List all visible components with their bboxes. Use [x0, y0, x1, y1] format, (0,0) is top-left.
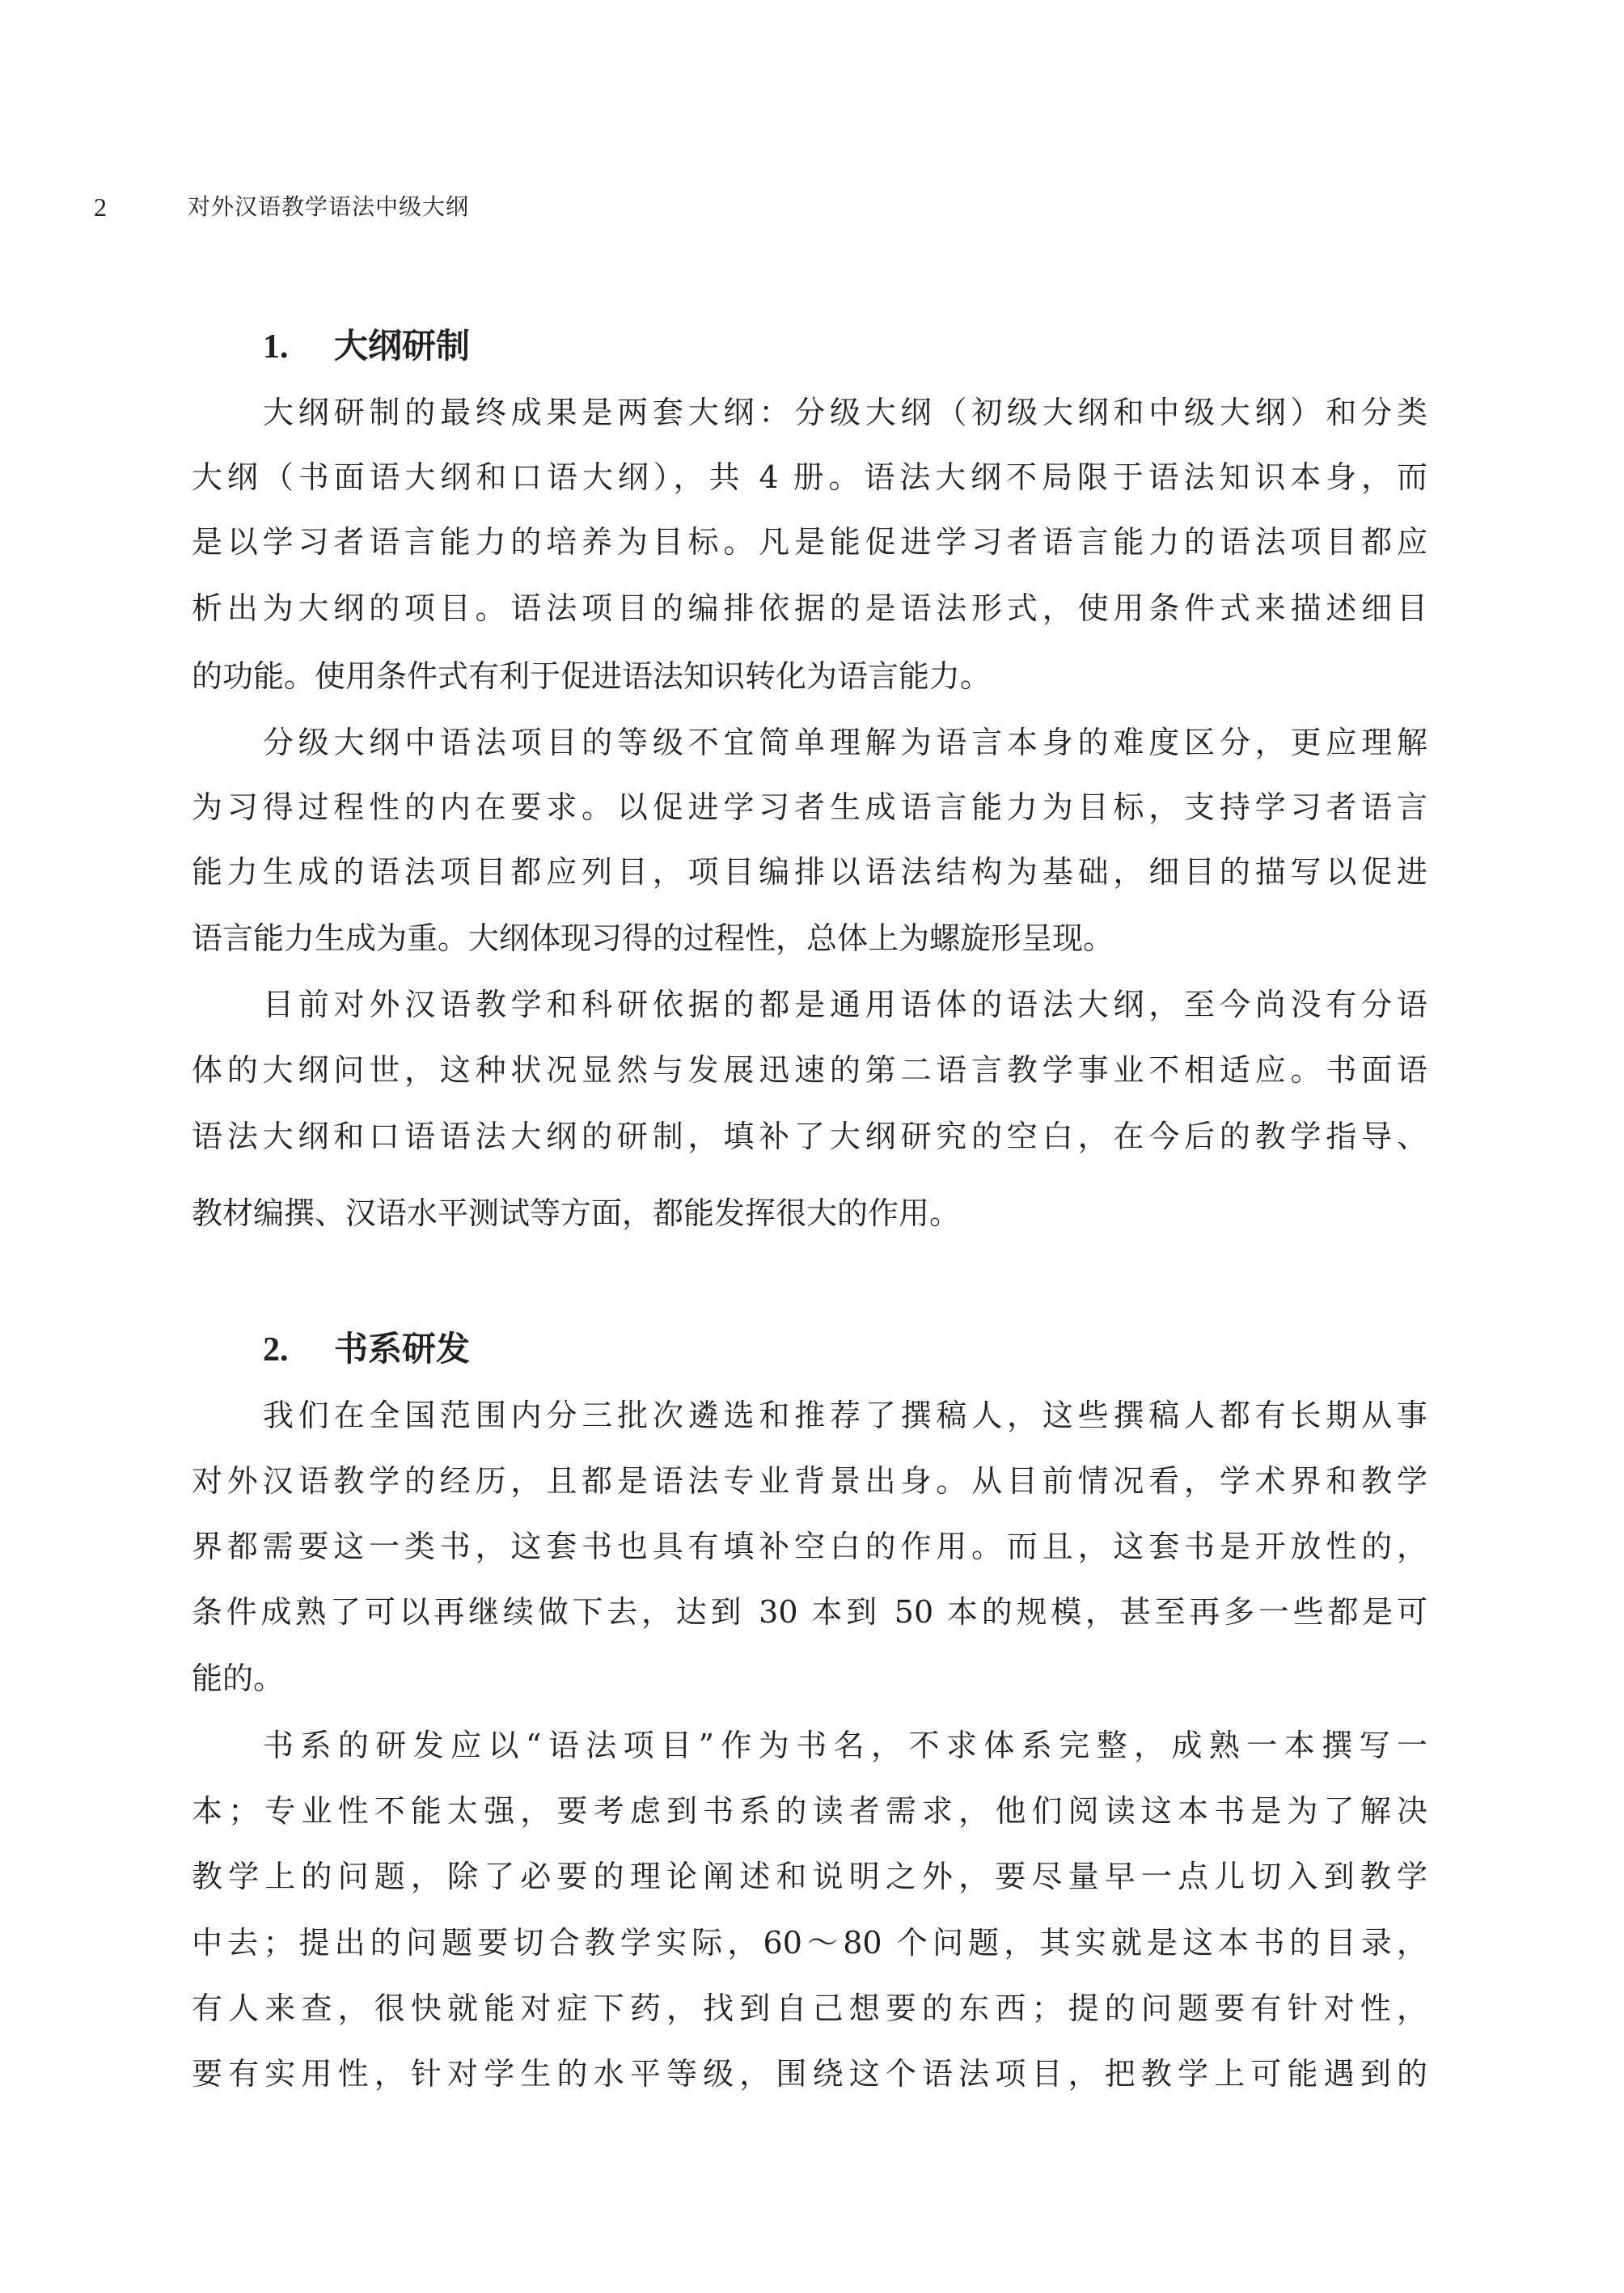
text-line: 能力生成的语法项目都应列目，项目编排以语法结构为基础，细目的描写以促进 — [192, 849, 1427, 895]
text-line: 大纲（书面语大纲和口语大纲），共 4 册。语法大纲不局限于语法知识本身，而 — [192, 455, 1427, 500]
text-line: 目前对外汉语教学和科研依据的都是通用语体的语法大纲，至今尚没有分语 — [263, 982, 1427, 1027]
text-line: 能的。 — [192, 1656, 1427, 1701]
text-line: 教材编撰、汉语水平测试等方面，都能发挥很大的作用。 — [192, 1191, 1427, 1236]
text-line: 的功能。使用条件式有利于促进语法知识转化为语言能力。 — [192, 654, 1427, 699]
text-line: 我们在全国范围内分三批次遴选和推荐了撰稿人，这些撰稿人都有长期从事 — [263, 1393, 1427, 1438]
section-number: 2. — [263, 1327, 334, 1373]
running-header: 2 对外汉语教学语法中级大纲 — [0, 191, 1624, 223]
text-line: 是以学习者语言能力的培养为目标。凡是能促进学习者语言能力的语法项目都应 — [192, 519, 1427, 565]
text-line: 中去；提出的问题要切合教学实际，60～80 个问题，其实就是这本书的目录， — [192, 1920, 1427, 1965]
text-line: 书系的研发应以“语法项目”作为书名，不求体系完整，成熟一本撰写一 — [263, 1723, 1427, 1768]
section-number: 1. — [263, 324, 334, 370]
text-line: 分级大纲中语法项目的等级不宜简单理解为语言本身的难度区分，更应理解 — [263, 720, 1427, 765]
text-line: 对外汉语教学的经历，且都是语法专业背景出身。从目前情况看，学术界和教学 — [192, 1458, 1427, 1504]
text-line: 语言能力生成为重。大纲体现习得的过程性，总体上为螺旋形呈现。 — [192, 916, 1427, 961]
text-line: 教学上的问题，除了必要的理论阐述和说明之外，要尽量早一点儿切入到教学 — [192, 1854, 1427, 1899]
text-line: 析出为大纲的项目。语法项目的编排依据的是语法形式，使用条件式来描述细目 — [192, 586, 1427, 631]
running-title: 对外汉语教学语法中级大纲 — [188, 191, 469, 223]
text-line: 体的大纲问世，这种状况显然与发展迅速的第二语言教学事业不相适应。书面语 — [192, 1047, 1427, 1093]
section-title: 书系研发 — [334, 1329, 470, 1369]
text-line: 为习得过程性的内在要求。以促进学习者生成语言能力为目标，支持学习者语言 — [192, 785, 1427, 830]
text-line: 大纲研制的最终成果是两套大纲：分级大纲（初级大纲和中级大纲）和分类 — [263, 390, 1427, 435]
page-number: 2 — [94, 191, 107, 223]
text-line: 界都需要这一类书，这套书也具有填补空白的作用。而且，这套书是开放性的， — [192, 1524, 1427, 1569]
section-heading-2: 2.书系研发 — [263, 1326, 470, 1372]
text-line: 要有实用性，针对学生的水平等级，围绕这个语法项目，把教学上可能遇到的 — [192, 2051, 1427, 2096]
text-line: 语法大纲和口语语法大纲的研制，填补了大纲研究的空白，在今后的教学指导、 — [192, 1114, 1427, 1159]
section-title: 大纲研制 — [334, 326, 470, 366]
text-line: 有人来查，很快就能对症下药，找到自己想要的东西；提的问题要有针对性， — [192, 1986, 1427, 2031]
section-heading-1: 1.大纲研制 — [263, 324, 470, 369]
text-line: 条件成熟了可以再继续做下去，达到 30 本到 50 本的规模，甚至再多一些都是可 — [192, 1589, 1427, 1635]
text-line: 本；专业性不能太强，要考虑到书系的读者需求，他们阅读这本书是为了解决 — [192, 1788, 1427, 1834]
